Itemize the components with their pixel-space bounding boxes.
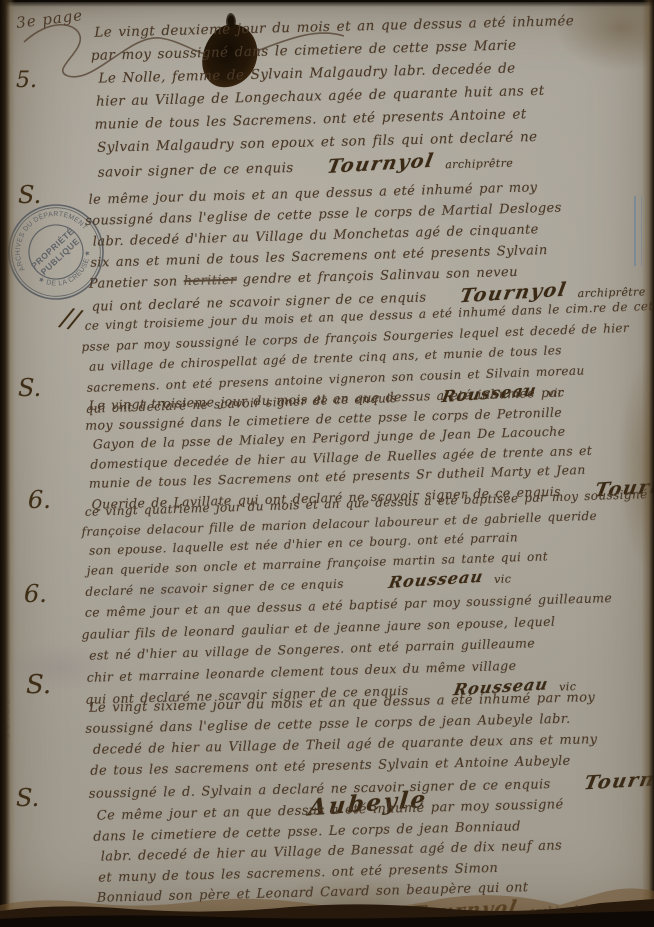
act-baptism-5: ce vingt quatrieme jour du mois et an qu… xyxy=(85,485,648,602)
binding-edge-left xyxy=(0,0,15,927)
torn-bottom-edge xyxy=(0,879,654,927)
signature-rousseau: Rousseau xyxy=(387,567,485,593)
margin-mark: S. xyxy=(18,374,41,402)
margin-mark: 5. xyxy=(16,68,37,93)
margin-mark: S. xyxy=(16,784,39,812)
page-edge-top xyxy=(0,0,654,7)
signature-title: archiprêtre xyxy=(445,157,513,172)
margin-mark: 6. xyxy=(28,486,51,514)
manuscript-scan: 3e page 5. S. ∕∕ S. 6. 6. S. S. 14731 AR… xyxy=(0,0,654,927)
signature-title: vic xyxy=(494,572,511,586)
struck-word: heritier xyxy=(184,273,237,289)
act-burial-1: Le vingt deuxieme jour du mois et an que… xyxy=(94,8,650,184)
page-edge-right xyxy=(642,0,654,927)
blue-margin-mark xyxy=(634,196,642,266)
act-burial-2: le même jour du mois et an que dessus a … xyxy=(88,174,647,317)
closing-text: savoir signer de ce enquis xyxy=(98,160,294,181)
margin-mark: S. xyxy=(26,670,51,700)
margin-mark: 6. xyxy=(24,580,47,608)
signature-tournyol: Tournyol xyxy=(325,150,436,179)
struck-pre: Panetier son xyxy=(89,274,184,292)
